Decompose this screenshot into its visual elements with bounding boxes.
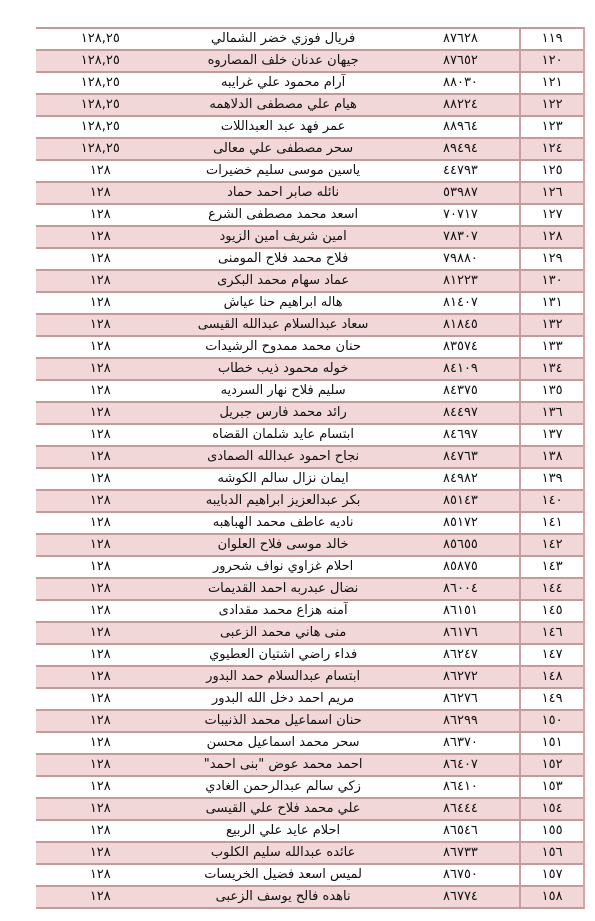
row-id-number: ٨٧٦٥٢ <box>402 51 520 71</box>
row-index: ١٤٣ <box>519 557 583 577</box>
row-id-number: ٤٤٧٩٣ <box>402 161 520 181</box>
table-row: ١٥٧ ٨٦٧٥٠ لميس اسعد فضيل الخريسات ١٢٨ <box>36 865 583 887</box>
row-name: نضال عبدربه احمد القديمات <box>165 579 402 599</box>
table-row: ١٣٠ ٨١٢٢٣ عماد سهام محمد البكرى ١٢٨ <box>36 271 583 293</box>
row-id-number: ٧٨٣٠٧ <box>402 227 520 247</box>
row-id-number: ٨١٨٤٥ <box>402 315 520 335</box>
row-name: خالد موسى فلاح العلوان <box>165 535 402 555</box>
row-id-number: ٨٦٣٧٠ <box>402 733 520 753</box>
row-score: ١٢٨ <box>36 249 165 269</box>
row-name: سعاد عبدالسلام عبدالله القيسى <box>165 315 402 335</box>
row-index: ١٣١ <box>519 293 583 313</box>
row-id-number: ٨١٢٢٣ <box>402 271 520 291</box>
table-row: ١٥٥ ٨٦٥٤٦ احلام عايد علي الربيع ١٢٨ <box>36 821 583 843</box>
row-name: هيام علي مصطفى الدلاهمه <box>165 95 402 115</box>
row-score: ١٢٨,٢٥ <box>36 73 165 93</box>
row-score: ١٢٨ <box>36 425 165 445</box>
row-id-number: ٨٤٦٩٧ <box>402 425 520 445</box>
table-row: ١١٩ ٨٧٦٢٨ فريال فوزي خضر الشمالي ١٢٨,٢٥ <box>36 29 583 51</box>
table-row: ١٢٨ ٧٨٣٠٧ امين شريف امين الزيود ١٢٨ <box>36 227 583 249</box>
row-id-number: ٨٨٩٦٤ <box>402 117 520 137</box>
row-index: ١٣٢ <box>519 315 583 335</box>
row-score: ١٢٨ <box>36 469 165 489</box>
table-row: ١٥٤ ٨٦٤٤٤ علي محمد فلاح علي القيسى ١٢٨ <box>36 799 583 821</box>
row-name: سحر مصطفى علي معالى <box>165 139 402 159</box>
row-name: عمر فهد عبد العبداللات <box>165 117 402 137</box>
row-score: ١٢٨ <box>36 227 165 247</box>
row-name: زكي سالم عبدالرحمن الغادي <box>165 777 402 797</box>
table-row: ١٤٨ ٨٦٢٧٢ ابتسام عبدالسلام حمد البدور ١٢… <box>36 667 583 689</box>
row-name: آرام محمود علي غرايبه <box>165 73 402 93</box>
row-name: فداء راضي اشتيان العطيوي <box>165 645 402 665</box>
row-name: احلام غزاوي نواف شحرور <box>165 557 402 577</box>
row-score: ١٢٨ <box>36 315 165 335</box>
row-index: ١٥٤ <box>519 799 583 819</box>
row-index: ١٢٧ <box>519 205 583 225</box>
row-name: عماد سهام محمد البكرى <box>165 271 402 291</box>
row-index: ١٥٧ <box>519 865 583 885</box>
row-score: ١٢٨,٢٥ <box>36 117 165 137</box>
row-name: رائد محمد فارس جبريل <box>165 403 402 423</box>
row-index: ١٢٩ <box>519 249 583 269</box>
row-id-number: ٨٦٢٧٦ <box>402 689 520 709</box>
row-score: ١٢٨ <box>36 623 165 643</box>
table-row: ١٤٧ ٨٦٢٤٧ فداء راضي اشتيان العطيوي ١٢٨ <box>36 645 583 667</box>
row-id-number: ٨٤١٠٩ <box>402 359 520 379</box>
row-index: ١٤٩ <box>519 689 583 709</box>
row-score: ١٢٨ <box>36 865 165 885</box>
table-row: ١٣٢ ٨١٨٤٥ سعاد عبدالسلام عبدالله القيسى … <box>36 315 583 337</box>
table-row: ١٢٠ ٨٧٦٥٢ جيهان عدنان خلف المصاروه ١٢٨,٢… <box>36 51 583 73</box>
row-id-number: ٨٦٠٠٤ <box>402 579 520 599</box>
row-score: ١٢٨ <box>36 645 165 665</box>
row-index: ١٢٥ <box>519 161 583 181</box>
row-score: ١٢٨ <box>36 579 165 599</box>
row-id-number: ٧٠٧١٧ <box>402 205 520 225</box>
row-id-number: ٨٦١٧٦ <box>402 623 520 643</box>
row-index: ١٤٢ <box>519 535 583 555</box>
row-score: ١٢٨ <box>36 755 165 775</box>
table-row: ١٣٤ ٨٤١٠٩ خوله محمود ذيب خطاب ١٢٨ <box>36 359 583 381</box>
row-name: فريال فوزي خضر الشمالي <box>165 29 402 49</box>
row-score: ١٢٨ <box>36 711 165 731</box>
row-index: ١٤٨ <box>519 667 583 687</box>
row-name: ابتسام عايد شلمان القضاه <box>165 425 402 445</box>
row-index: ١٥٦ <box>519 843 583 863</box>
row-name: سليم فلاح نهار السرديه <box>165 381 402 401</box>
row-id-number: ٨٤٧٦٣ <box>402 447 520 467</box>
row-id-number: ٨٦٢٧٢ <box>402 667 520 687</box>
row-score: ١٢٨ <box>36 689 165 709</box>
table-row: ١٣٨ ٨٤٧٦٣ نجاح احمود عبدالله الصمادى ١٢٨ <box>36 447 583 469</box>
row-score: ١٢٨,٢٥ <box>36 51 165 71</box>
row-id-number: ٨٦٥٤٦ <box>402 821 520 841</box>
row-id-number: ٧٩٨٨٠ <box>402 249 520 269</box>
row-id-number: ٨٨٠٣٠ <box>402 73 520 93</box>
row-score: ١٢٨ <box>36 887 165 907</box>
row-score: ١٢٨,٢٥ <box>36 139 165 159</box>
table-row: ١٢٥ ٤٤٧٩٣ ياسين موسى سليم خضيرات ١٢٨ <box>36 161 583 183</box>
row-name: ابتسام عبدالسلام حمد البدور <box>165 667 402 687</box>
table-row: ١٣٩ ٨٤٩٨٢ ايمان نزال سالم الكوشه ١٢٨ <box>36 469 583 491</box>
row-score: ١٢٨ <box>36 491 165 511</box>
row-score: ١٢٨ <box>36 557 165 577</box>
row-index: ١٥٣ <box>519 777 583 797</box>
table-row: ١٢١ ٨٨٠٣٠ آرام محمود علي غرايبه ١٢٨,٢٥ <box>36 73 583 95</box>
row-name: عائده عبدالله سليم الكلوب <box>165 843 402 863</box>
results-table: ١١٩ ٨٧٦٢٨ فريال فوزي خضر الشمالي ١٢٨,٢٥ … <box>36 27 585 909</box>
row-score: ١٢٨ <box>36 161 165 181</box>
row-name: جيهان عدنان خلف المصاروه <box>165 51 402 71</box>
row-id-number: ٨٣٥٧٤ <box>402 337 520 357</box>
row-index: ١٤٦ <box>519 623 583 643</box>
row-index: ١٢٤ <box>519 139 583 159</box>
row-score: ١٢٨ <box>36 601 165 621</box>
row-index: ١٤٥ <box>519 601 583 621</box>
table-row: ١٢٦ ٥٣٩٨٧ نائله صابر احمد حماد ١٢٨ <box>36 183 583 205</box>
row-name: لميس اسعد فضيل الخريسات <box>165 865 402 885</box>
table-row: ١٥٨ ٨٦٧٧٤ ناهده فالح يوسف الزعبى ١٢٨ <box>36 887 583 907</box>
row-index: ١٢٢ <box>519 95 583 115</box>
row-score: ١٢٨ <box>36 205 165 225</box>
row-index: ١٥١ <box>519 733 583 753</box>
row-id-number: ٨٩٤٩٤ <box>402 139 520 159</box>
row-index: ١٣٠ <box>519 271 583 291</box>
row-index: ١٢٨ <box>519 227 583 247</box>
row-index: ١٥٠ <box>519 711 583 731</box>
row-index: ١٤٧ <box>519 645 583 665</box>
table-row: ١٣٦ ٨٤٤٩٧ رائد محمد فارس جبريل ١٢٨ <box>36 403 583 425</box>
row-name: ايمان نزال سالم الكوشه <box>165 469 402 489</box>
row-index: ١٥٢ <box>519 755 583 775</box>
table-row: ١٤٤ ٨٦٠٠٤ نضال عبدربه احمد القديمات ١٢٨ <box>36 579 583 601</box>
row-name: فلاح محمد فلاح المومنى <box>165 249 402 269</box>
row-name: اسعد محمد مصطفى الشرع <box>165 205 402 225</box>
row-id-number: ٨٥١٤٣ <box>402 491 520 511</box>
row-score: ١٢٨ <box>36 535 165 555</box>
row-index: ١٢٣ <box>519 117 583 137</box>
row-name: نجاح احمود عبدالله الصمادى <box>165 447 402 467</box>
row-index: ١٤٠ <box>519 491 583 511</box>
row-index: ١٥٨ <box>519 887 583 907</box>
row-id-number: ٨٦٢٩٩ <box>402 711 520 731</box>
row-index: ١٣٥ <box>519 381 583 401</box>
table-row: ١٤٠ ٨٥١٤٣ بكر عبدالعزيز ابراهيم الدبايبه… <box>36 491 583 513</box>
table-row: ١٤١ ٨٥١٧٢ ناديه عاطف محمد الهباهبه ١٢٨ <box>36 513 583 535</box>
row-score: ١٢٨,٢٥ <box>36 95 165 115</box>
row-id-number: ٨٦٤١٠ <box>402 777 520 797</box>
table-row: ١٤٣ ٨٥٨٧٥ احلام غزاوي نواف شحرور ١٢٨ <box>36 557 583 579</box>
table-row: ١٢٩ ٧٩٨٨٠ فلاح محمد فلاح المومنى ١٢٨ <box>36 249 583 271</box>
row-id-number: ٨٧٦٢٨ <box>402 29 520 49</box>
row-score: ١٢٨,٢٥ <box>36 29 165 49</box>
row-name: امين شريف امين الزيود <box>165 227 402 247</box>
row-name: هاله ابراهيم حنا عياش <box>165 293 402 313</box>
row-score: ١٢٨ <box>36 271 165 291</box>
table-row: ١٣٧ ٨٤٦٩٧ ابتسام عايد شلمان القضاه ١٢٨ <box>36 425 583 447</box>
row-index: ١٣٦ <box>519 403 583 423</box>
table-row: ١٣٣ ٨٣٥٧٤ حنان محمد ممدوح الرشيدات ١٢٨ <box>36 337 583 359</box>
table-row: ١٢٣ ٨٨٩٦٤ عمر فهد عبد العبداللات ١٢٨,٢٥ <box>36 117 583 139</box>
table-row: ١٥٠ ٨٦٢٩٩ حنان اسماعيل محمد الذنيبات ١٢٨ <box>36 711 583 733</box>
table-row: ١٥١ ٨٦٣٧٠ سحر محمد اسماعيل محسن ١٢٨ <box>36 733 583 755</box>
table-row: ١٥٢ ٨٦٤٠٧ احمد محمد عوض "بنى احمد" ١٢٨ <box>36 755 583 777</box>
row-score: ١٢٨ <box>36 777 165 797</box>
row-id-number: ٨٤٩٨٢ <box>402 469 520 489</box>
row-id-number: ٨٤٤٩٧ <box>402 403 520 423</box>
table-row: ١٤٦ ٨٦١٧٦ منى هاني محمد الزعبى ١٢٨ <box>36 623 583 645</box>
table-row: ١٢٤ ٨٩٤٩٤ سحر مصطفى علي معالى ١٢٨,٢٥ <box>36 139 583 161</box>
row-score: ١٢٨ <box>36 381 165 401</box>
row-id-number: ٨٤٣٧٥ <box>402 381 520 401</box>
row-id-number: ٨١٤٠٧ <box>402 293 520 313</box>
row-index: ١١٩ <box>519 29 583 49</box>
row-score: ١٢٨ <box>36 183 165 203</box>
row-index: ١٢٠ <box>519 51 583 71</box>
row-name: ناديه عاطف محمد الهباهبه <box>165 513 402 533</box>
row-id-number: ٨٦٧٥٠ <box>402 865 520 885</box>
table-row: ١٢٧ ٧٠٧١٧ اسعد محمد مصطفى الشرع ١٢٨ <box>36 205 583 227</box>
row-name: ناهده فالح يوسف الزعبى <box>165 887 402 907</box>
row-id-number: ٨٦٧٣٣ <box>402 843 520 863</box>
row-index: ١٣٣ <box>519 337 583 357</box>
row-id-number: ٨٦٤٤٤ <box>402 799 520 819</box>
table-row: ١٥٦ ٨٦٧٣٣ عائده عبدالله سليم الكلوب ١٢٨ <box>36 843 583 865</box>
row-name: بكر عبدالعزيز ابراهيم الدبايبه <box>165 491 402 511</box>
row-index: ١٥٥ <box>519 821 583 841</box>
row-name: نائله صابر احمد حماد <box>165 183 402 203</box>
row-id-number: ٨٥٨٧٥ <box>402 557 520 577</box>
row-score: ١٢٨ <box>36 293 165 313</box>
row-id-number: ٨٨٢٢٤ <box>402 95 520 115</box>
row-score: ١٢٨ <box>36 337 165 357</box>
row-name: سحر محمد اسماعيل محسن <box>165 733 402 753</box>
row-index: ١٣٩ <box>519 469 583 489</box>
row-name: ياسين موسى سليم خضيرات <box>165 161 402 181</box>
row-index: ١٢٦ <box>519 183 583 203</box>
row-score: ١٢٨ <box>36 359 165 379</box>
row-index: ١٤١ <box>519 513 583 533</box>
row-name: حنان محمد ممدوح الرشيدات <box>165 337 402 357</box>
row-index: ١٣٤ <box>519 359 583 379</box>
row-name: علي محمد فلاح علي القيسى <box>165 799 402 819</box>
row-score: ١٢٨ <box>36 733 165 753</box>
row-name: احمد محمد عوض "بنى احمد" <box>165 755 402 775</box>
row-name: خوله محمود ذيب خطاب <box>165 359 402 379</box>
row-score: ١٢٨ <box>36 821 165 841</box>
row-score: ١٢٨ <box>36 447 165 467</box>
row-id-number: ٨٥١٧٢ <box>402 513 520 533</box>
row-name: منى هاني محمد الزعبى <box>165 623 402 643</box>
row-id-number: ٨٦٧٧٤ <box>402 887 520 907</box>
row-score: ١٢٨ <box>36 843 165 863</box>
row-index: ١٢١ <box>519 73 583 93</box>
row-id-number: ٨٦٢٤٧ <box>402 645 520 665</box>
table-row: ١٥٣ ٨٦٤١٠ زكي سالم عبدالرحمن الغادي ١٢٨ <box>36 777 583 799</box>
row-id-number: ٨٦١٥١ <box>402 601 520 621</box>
table-row: ١٣١ ٨١٤٠٧ هاله ابراهيم حنا عياش ١٢٨ <box>36 293 583 315</box>
row-score: ١٢٨ <box>36 403 165 423</box>
row-index: ١٤٤ <box>519 579 583 599</box>
table-row: ١٤٩ ٨٦٢٧٦ مريم احمد دخل الله البدور ١٢٨ <box>36 689 583 711</box>
row-name: مريم احمد دخل الله البدور <box>165 689 402 709</box>
row-score: ١٢٨ <box>36 513 165 533</box>
row-id-number: ٥٣٩٨٧ <box>402 183 520 203</box>
table-row: ١٢٢ ٨٨٢٢٤ هيام علي مصطفى الدلاهمه ١٢٨,٢٥ <box>36 95 583 117</box>
row-index: ١٣٨ <box>519 447 583 467</box>
row-name: آمنه هزاع محمد مقدادى <box>165 601 402 621</box>
table-row: ١٣٥ ٨٤٣٧٥ سليم فلاح نهار السرديه ١٢٨ <box>36 381 583 403</box>
row-id-number: ٨٦٤٠٧ <box>402 755 520 775</box>
row-score: ١٢٨ <box>36 667 165 687</box>
row-id-number: ٨٥٦٥٥ <box>402 535 520 555</box>
table-row: ١٤٢ ٨٥٦٥٥ خالد موسى فلاح العلوان ١٢٨ <box>36 535 583 557</box>
table-row: ١٤٥ ٨٦١٥١ آمنه هزاع محمد مقدادى ١٢٨ <box>36 601 583 623</box>
row-name: حنان اسماعيل محمد الذنيبات <box>165 711 402 731</box>
row-score: ١٢٨ <box>36 799 165 819</box>
row-name: احلام عايد علي الربيع <box>165 821 402 841</box>
row-index: ١٣٧ <box>519 425 583 445</box>
